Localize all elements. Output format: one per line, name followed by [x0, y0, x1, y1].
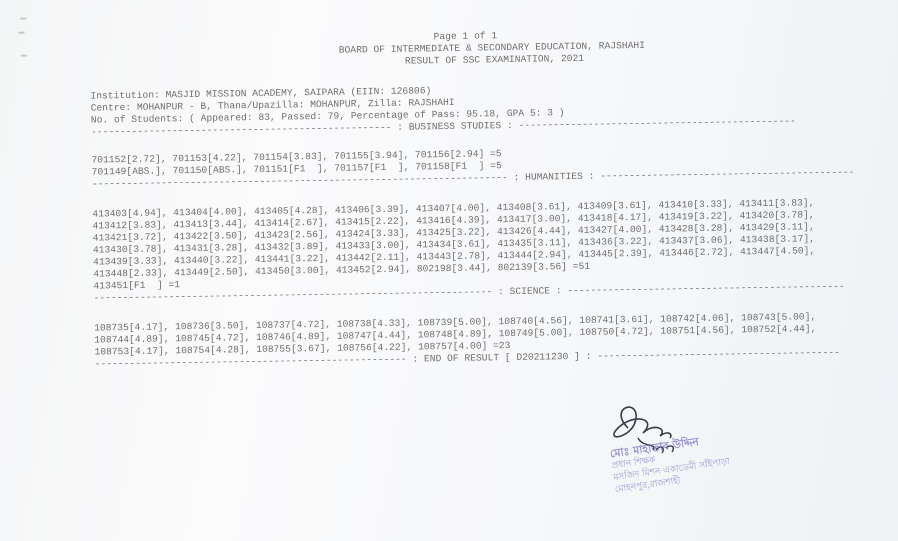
margin-mark: [21, 55, 27, 57]
page-indicator: Page 1 of 1: [434, 30, 498, 43]
margin-mark: [19, 32, 25, 34]
science-divider: ----------------------------------------…: [94, 281, 845, 305]
margin-mark: [20, 18, 26, 20]
exam-title: RESULT OF SSC EXAMINATION, 2021: [405, 53, 584, 68]
result-sheet: Page 1 of 1 BOARD OF INTERMEDIATE & SECO…: [0, 0, 898, 541]
